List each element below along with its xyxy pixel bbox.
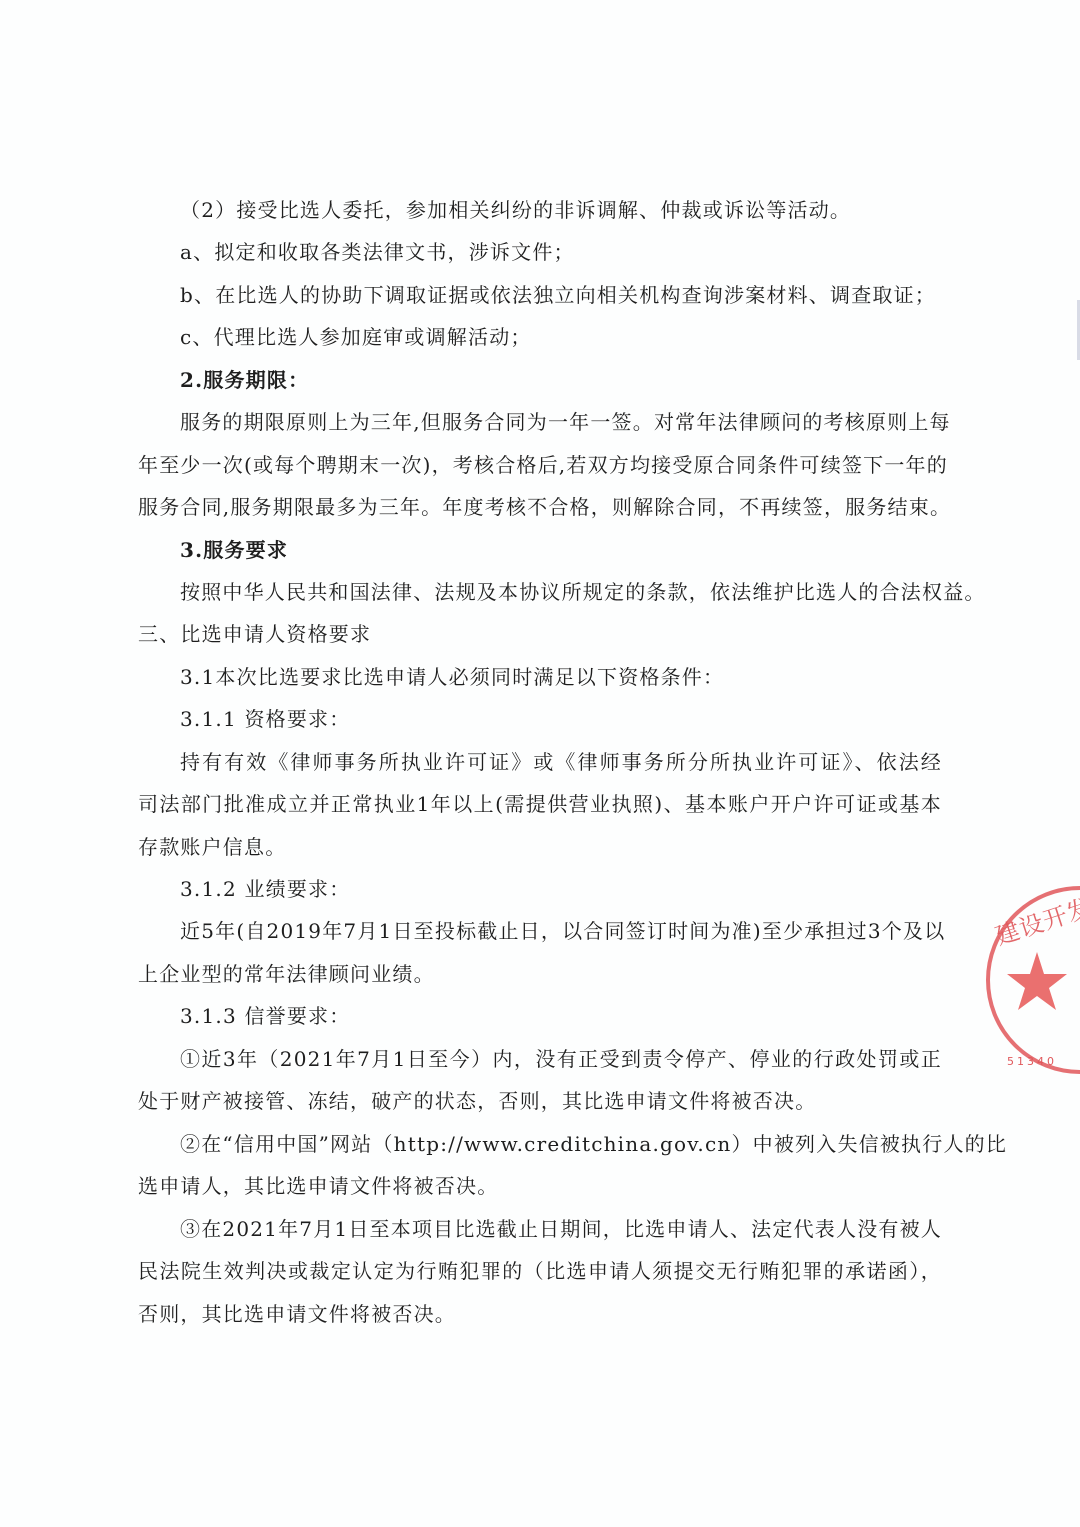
text-line: ②在“信用中国”网站（http://www.creditchina.gov.cn…: [180, 1131, 942, 1157]
official-seal-stamp: 51340 建设开发: [975, 880, 1080, 1080]
text-line: 3.1.3 信誉要求：: [180, 1003, 942, 1029]
text-line: 选申请人，其比选申请文件将被否决。: [138, 1173, 942, 1199]
document-page: （2）接受比选人委托，参加相关纠纷的非诉调解、仲裁或诉讼等活动。a、拟定和收取各…: [0, 0, 1080, 1527]
text-line: 按照中华人民共和国法律、法规及本协议所规定的条款，依法维护比选人的合法权益。: [180, 579, 942, 605]
text-line: 服务的期限原则上为三年,但服务合同为一年一签。对常年法律顾问的考核原则上每: [180, 409, 942, 435]
text-line: 三、比选申请人资格要求: [138, 621, 942, 647]
text-line: 民法院生效判决或裁定认定为行贿犯罪的（比选申请人须提交无行贿犯罪的承诺函），: [138, 1258, 942, 1284]
text-line: 3.1.1 资格要求：: [180, 706, 942, 732]
text-line: ③在2021年7月1日至本项目比选截止日期间，比选申请人、法定代表人没有被人: [180, 1216, 942, 1242]
text-line: 存款账户信息。: [138, 834, 942, 860]
text-line: （2）接受比选人委托，参加相关纠纷的非诉调解、仲裁或诉讼等活动。: [180, 197, 942, 223]
text-line: 服务合同,服务期限最多为三年。年度考核不合格，则解除合同，不再续签，服务结束。: [138, 494, 942, 520]
text-line: 3.服务要求: [180, 537, 942, 563]
text-line: 否则，其比选申请文件将被否决。: [138, 1301, 942, 1327]
text-line: c、代理比选人参加庭审或调解活动；: [180, 324, 942, 350]
text-line: 司法部门批准成立并正常执业1年以上(需提供营业执照)、基本账户开户许可证或基本: [138, 791, 942, 817]
seal-code: 51340: [1007, 1055, 1057, 1068]
text-line: 3.1本次比选要求比选申请人必须同时满足以下资格条件：: [180, 664, 942, 690]
text-line: ①近3年（2021年7月1日至今）内，没有正受到责令停产、停业的行政处罚或正: [180, 1046, 942, 1072]
text-line: 2.服务期限：: [180, 367, 942, 393]
text-line: 3.1.2 业绩要求：: [180, 876, 942, 902]
text-line: 上企业型的常年法律顾问业绩。: [138, 961, 942, 987]
text-line: 持有有效《律师事务所执业许可证》或《律师事务所分所执业许可证》、依法经: [180, 749, 942, 775]
text-line: 处于财产被接管、冻结，破产的状态，否则，其比选申请文件将被否决。: [138, 1088, 942, 1114]
text-line: 年至少一次(或每个聘期末一次)，考核合格后,若双方均接受原合同条件可续签下一年的: [138, 452, 942, 478]
text-line: 近5年(自2019年7月1日至投标截止日，以合同签订时间为准)至少承担过3个及以: [180, 918, 942, 944]
text-line: a、拟定和收取各类法律文书，涉诉文件；: [180, 239, 942, 265]
text-line: b、在比选人的协助下调取证据或依法独立向相关机构查询涉案材料、调查取证；: [180, 282, 942, 308]
